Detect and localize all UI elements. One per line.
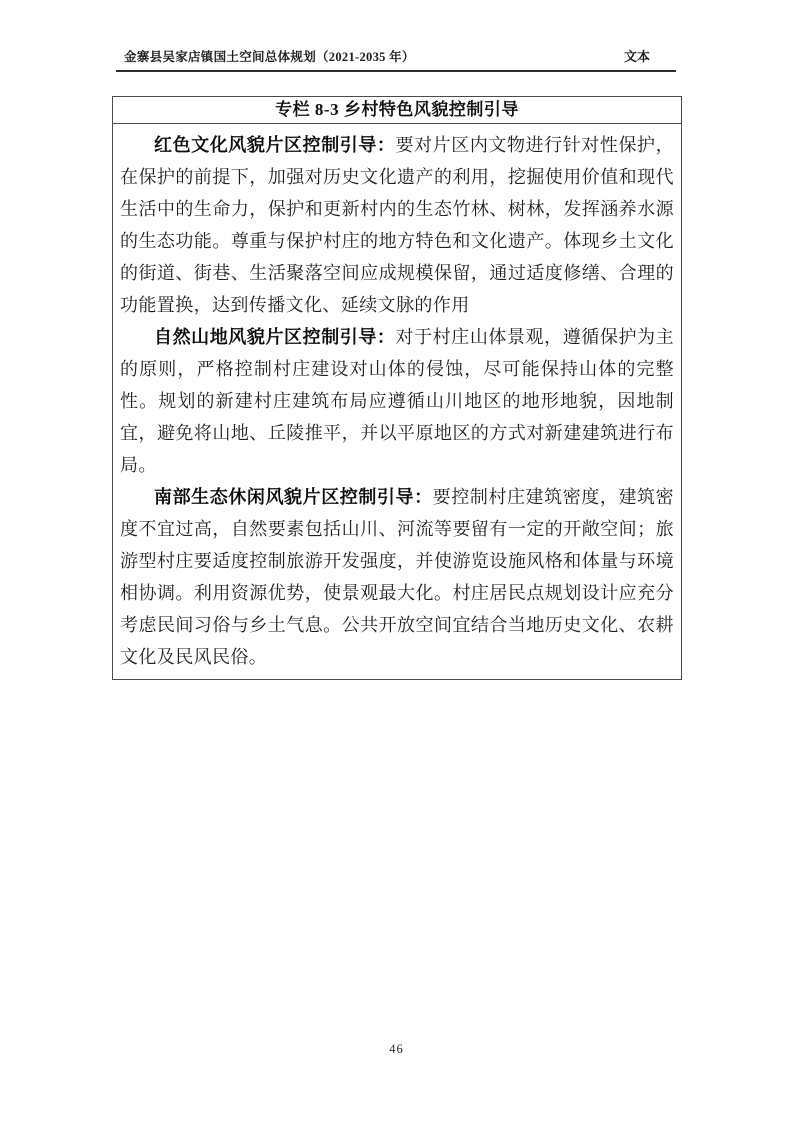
paragraph-lead: 自然山地风貌片区控制引导： [154,327,396,347]
paragraph-red-culture-guidance: 红色文化风貌片区控制引导：要对片区内文物进行针对性保护，在保护的前提下，加强对历… [120,129,674,321]
page-header: 金寨县吴家店镇国土空间总体规划（2021-2035 年） 文本 [116,46,676,72]
document-page: 金寨县吴家店镇国土空间总体规划（2021-2035 年） 文本 专栏 8-3 乡… [0,0,793,1122]
header-doc-type-label: 文本 [624,46,676,65]
paragraph-south-eco-leisure-guidance: 南部生态休闲风貌片区控制引导：要控制村庄建筑密度，建筑密度不宜过高，自然要素包括… [120,481,674,673]
header-title: 金寨县吴家店镇国土空间总体规划（2021-2035 年） [116,47,415,65]
feature-box: 专栏 8-3 乡村特色风貌控制引导 红色文化风貌片区控制引导：要对片区内文物进行… [112,96,682,680]
paragraph-lead: 南部生态休闲风貌片区控制引导： [154,487,433,507]
feature-box-body: 红色文化风貌片区控制引导：要对片区内文物进行针对性保护，在保护的前提下，加强对历… [113,124,681,679]
paragraph-lead: 红色文化风貌片区控制引导： [154,135,396,155]
paragraph-text: 要对片区内文物进行针对性保护，在保护的前提下，加强对历史文化遗产的利用，挖掘使用… [120,135,674,315]
paragraph-natural-mountain-guidance: 自然山地风貌片区控制引导：对于村庄山体景观，遵循保护为主的原则，严格控制村庄建设… [120,321,674,481]
feature-box-title: 专栏 8-3 乡村特色风貌控制引导 [113,97,681,124]
paragraph-text: 要控制村庄建筑密度，建筑密度不宜过高，自然要素包括山川、河流等要留有一定的开敞空… [120,487,674,667]
paragraph-text: 对于村庄山体景观，遵循保护为主的原则，严格控制村庄建设对山体的侵蚀，尽可能保持山… [120,327,674,475]
page-footer: 46 [0,1040,793,1058]
page-number: 46 [389,1042,404,1056]
